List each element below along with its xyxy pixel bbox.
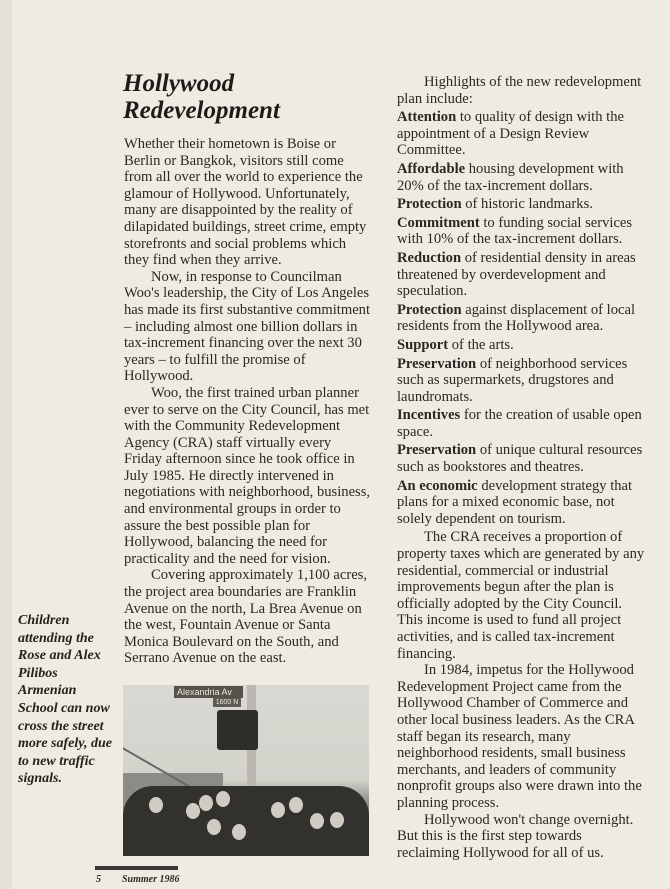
pedestrian-signal-icon <box>217 710 258 750</box>
street-sign: Alexandria Av <box>174 686 243 698</box>
photo-caption: Children attending the Rose and Alex Pil… <box>18 612 118 788</box>
paragraph: The CRA receives a proportion of propert… <box>397 529 647 662</box>
title-line-1: Hollywood <box>123 70 234 97</box>
highlight-item: Preservation of unique cultural resource… <box>397 442 647 475</box>
paragraph: Whether their hometown is Boise or Berli… <box>124 136 372 269</box>
photo-face <box>216 791 230 807</box>
photo-face <box>149 797 163 813</box>
paragraph: Woo, the first trained urban planner eve… <box>124 385 372 568</box>
photo-school-children-crosswalk: Alexandria Av 1600 N <box>123 685 369 856</box>
right-column: Highlights of the new redevelopment plan… <box>397 74 647 861</box>
paragraph: Hollywood won't change overnight. But th… <box>397 812 647 862</box>
left-column: Whether their hometown is Boise or Berli… <box>124 136 372 667</box>
highlight-item: Incentives for the creation of usable op… <box>397 407 647 440</box>
title-line-2: Redevelopment <box>123 97 280 124</box>
photo-face <box>207 819 221 835</box>
highlight-item: Protection of historic landmarks. <box>397 196 647 213</box>
photo-face <box>271 802 285 818</box>
highlight-item: Protection against displacement of local… <box>397 302 647 335</box>
page-edge <box>0 0 12 889</box>
highlights-intro: Highlights of the new redevelopment plan… <box>397 74 647 107</box>
highlight-item: Commitment to funding social services wi… <box>397 215 647 248</box>
paragraph: In 1984, impetus for the Hollywood Redev… <box>397 662 647 811</box>
paragraph: Covering approximately 1,100 acres, the … <box>124 567 372 667</box>
photo-face <box>289 797 303 813</box>
photo-face <box>232 824 246 840</box>
highlight-item: Attention to quality of design with the … <box>397 109 647 159</box>
photo-face <box>186 803 200 819</box>
block-sign: 1600 N <box>213 698 241 707</box>
highlight-item: An economic development strategy that pl… <box>397 478 647 528</box>
paragraph: Now, in response to Councilman Woo's lea… <box>124 269 372 385</box>
issue-date: Summer 1986 <box>122 874 180 885</box>
highlight-item: Support of the arts. <box>397 337 647 354</box>
photo-face <box>330 812 344 828</box>
highlight-item: Preservation of neighborhood services su… <box>397 356 647 406</box>
highlight-item: Reduction of residential density in area… <box>397 250 647 300</box>
photo-face <box>310 813 324 829</box>
footer-rule <box>95 866 178 870</box>
highlight-item: Affordable housing development with 20% … <box>397 161 647 194</box>
article-title: Hollywood Redevelopment <box>123 70 373 124</box>
page-number: 5 <box>96 874 101 885</box>
photo-face <box>199 795 213 811</box>
